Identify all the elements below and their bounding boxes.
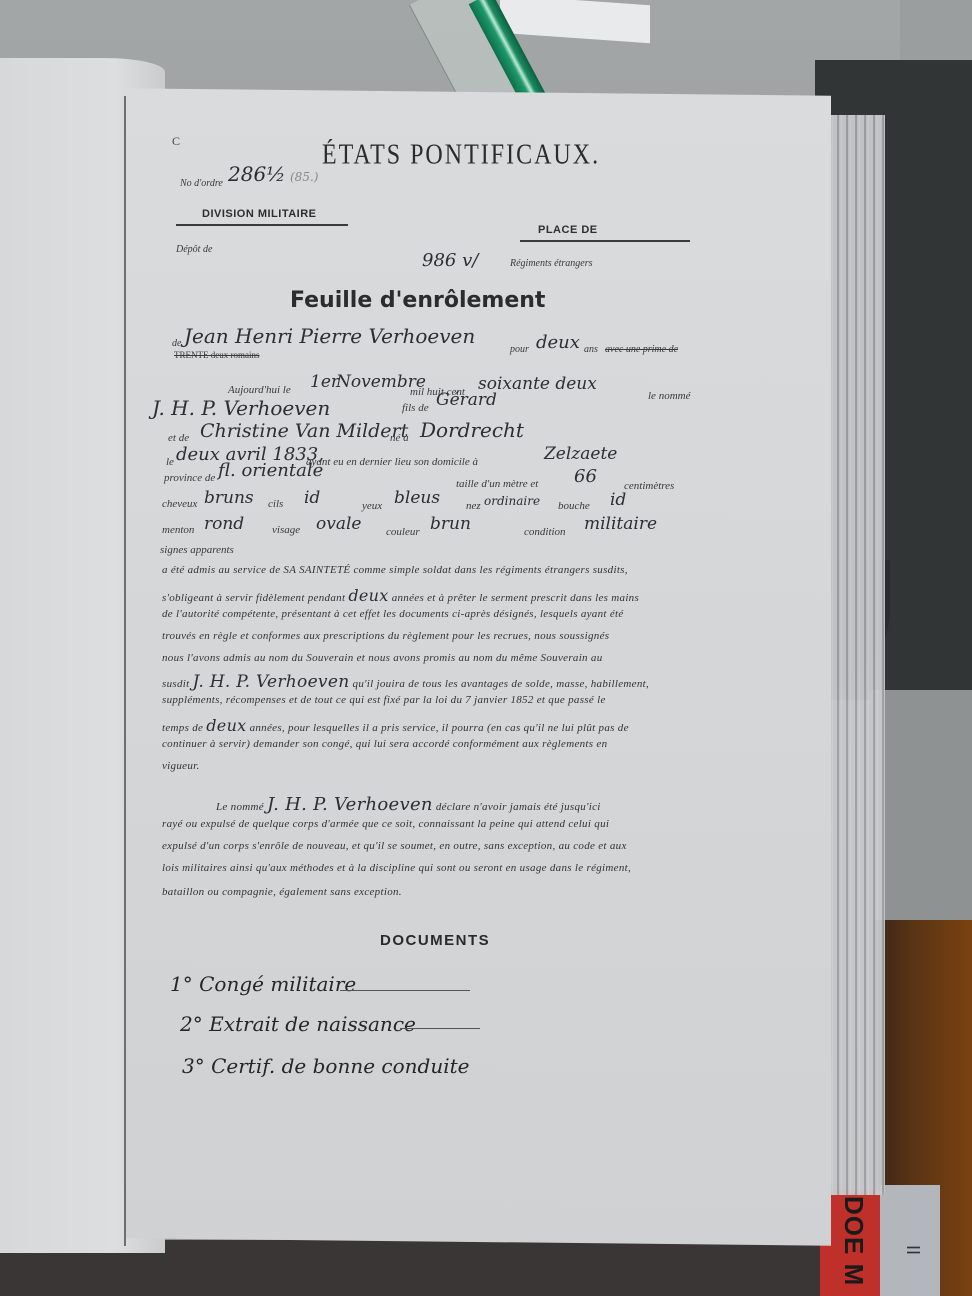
for-label: pour [510,344,529,355]
nose-value: ordinaire [484,494,540,508]
on-label: le [166,456,174,468]
text-fragment: s'obligeant à servir fidèlement pendant [162,592,345,604]
order-number-value: 286½ [228,162,286,186]
document-item: 1° Congé militaire [170,972,356,996]
text-fragment: Le nommé [216,801,264,813]
place-rule [520,240,690,242]
place-label: PLACE DE [538,224,598,236]
lashes-value: id [304,488,320,508]
corner-mark: C [172,134,180,149]
face-label: visage [272,524,300,536]
paragraph-1-line-2: s'obligeant à servir fidèlement pendant … [162,586,639,605]
text-fragment: qu'il jouira de tous les avantages de so… [353,678,650,690]
document-item-number: 3° [182,1054,205,1078]
paragraph-1-line-6: susdit J. H. P. Verhoeven qu'il jouira d… [162,672,649,692]
document-item-underline [400,1028,480,1029]
born-at-label: né à [390,432,409,444]
signs-label: signes apparents [160,544,234,556]
province-value: fl. orientale [218,460,323,481]
text-fragment: années et à prêter le serment prescrit d… [392,592,639,604]
domicile-label: ayant eu en dernier lieu son domicile à [306,456,478,468]
condition-label: condition [524,526,566,538]
division-rule [176,224,348,226]
hair-label: cheveux [162,498,197,510]
paragraph-1-line-7: suppléments, récompenses et de tout ce q… [162,694,606,706]
paragraph-1-line-1: a été admis au service de SA SAINTETÉ co… [162,564,628,576]
mouth-value: id [610,490,626,510]
struck-premium-text: avec une prime de [605,344,678,355]
text-fragment: temps de [162,722,203,734]
named-label: le nommé [648,390,690,402]
mouth-label: bouche [558,500,590,512]
paragraph-2-line-2: rayé ou expulsé de quelque corps d'armée… [162,818,609,830]
text-fragment: susdit [162,678,189,690]
paragraph-1-line-9: continuer à servir) demander son congé, … [162,738,607,750]
color-value: brun [430,514,471,534]
document-item-text: Congé militaire [199,972,356,996]
lashes-label: cils [268,498,283,510]
eyes-value: bleus [394,488,440,508]
chin-label: menton [162,524,194,536]
service-years-written: deux [348,586,388,605]
enrollee-prefix: de [172,338,181,349]
paragraph-1-line-4: trouvés en règle et conformes aux prescr… [162,630,609,642]
document-item: 2° Extrait de naissance [180,1012,416,1036]
nose-label: nez [466,500,481,512]
province-label: province de [164,472,215,484]
paragraph-1-line-8: temps de deux années, pour lesquelles il… [162,716,629,735]
grey-book-text: II [902,1245,923,1255]
day-value: 1er [310,372,339,392]
mother-name: Christine Van Mildert [200,420,408,442]
division-label: DIVISION MILITAIRE [202,208,317,220]
hair-value: bruns [204,488,254,508]
today-label: Aujourd'hui le [228,384,291,396]
paragraph-2-line-4: lois militaires ainsi qu'aux méthodes et… [162,862,631,874]
and-of-label: et de [168,432,189,444]
paragraph-2-line-3: expulsé d'un corps s'enrôle de nouveau, … [162,840,627,852]
paragraph-1-line-10: vigueur. [162,760,200,772]
enrollment-form: C ÉTATS PONTIFICAUX. No d'ordre 286½ (85… [140,110,780,1240]
father-name: Gérard [436,390,497,410]
named-value-declaration: J. H. P. Verhoeven [267,794,433,815]
document-title: ÉTATS PONTIFICAUX. [322,139,600,171]
text-fragment: déclare n'avoir jamais été jusqu'ici [436,801,601,813]
named-value: J. H. P. Verhoeven [152,396,330,420]
order-number-extra: (85.) [290,170,318,184]
face-value: ovale [316,514,361,534]
depot-number: 986 v/ [422,250,478,271]
paragraph-1-line-3: de l'autorité compétente, présentant à c… [162,608,624,620]
document-item-underline [340,990,470,991]
paragraph-1-line-5: nous l'avons admis au nom du Souverain e… [162,652,603,664]
height-value: 66 [574,466,597,487]
paragraph-2-line-1: Le nommé J. H. P. Verhoeven déclare n'av… [216,794,601,815]
order-number-label: No d'ordre [180,178,223,189]
birthplace: Dordrecht [420,418,524,442]
paragraph-2-line-5: bataillon ou compagnie, également sans e… [162,886,402,898]
document-item-number: 1° [170,972,193,996]
chin-value: rond [204,514,244,534]
documents-heading: DOCUMENTS [380,932,490,949]
color-label: couleur [386,526,420,538]
cm-label: centimètres [624,480,674,492]
book-spine-text: DOE M [838,1196,869,1286]
height-label: taille d'un mètre et [456,478,538,490]
depot-label: Dépôt de [176,244,212,255]
eyes-label: yeux [362,500,382,512]
grey-book: II [880,1185,940,1296]
sheet-title: Feuille d'enrôlement [290,288,545,313]
struck-premium-amount: TRENTE deux romains [174,350,259,360]
regiments-label: Régiments étrangers [510,258,593,269]
domicile-value: Zelzaete [544,444,617,464]
document-item-number: 2° [180,1012,203,1036]
enrollee-full-name: Jean Henri Pierre Verhoeven [184,324,475,348]
page-gutter [124,96,126,1246]
condition-value: militaire [584,514,657,534]
device-lower-panel [870,690,972,920]
service-years-written-repeat: deux [206,716,246,735]
text-fragment: années, pour lesquelles il a pris servic… [250,722,629,734]
enrollment-duration: deux [536,332,580,353]
years-label: ans [584,344,598,355]
document-item-text: Extrait de naissance [209,1012,416,1036]
document-item: 3° Certif. de bonne conduite [182,1054,470,1078]
son-of-label: fils de [402,402,429,414]
document-item-text: Certif. de bonne conduite [211,1054,469,1078]
named-value-repeat: J. H. P. Verhoeven [193,672,350,692]
